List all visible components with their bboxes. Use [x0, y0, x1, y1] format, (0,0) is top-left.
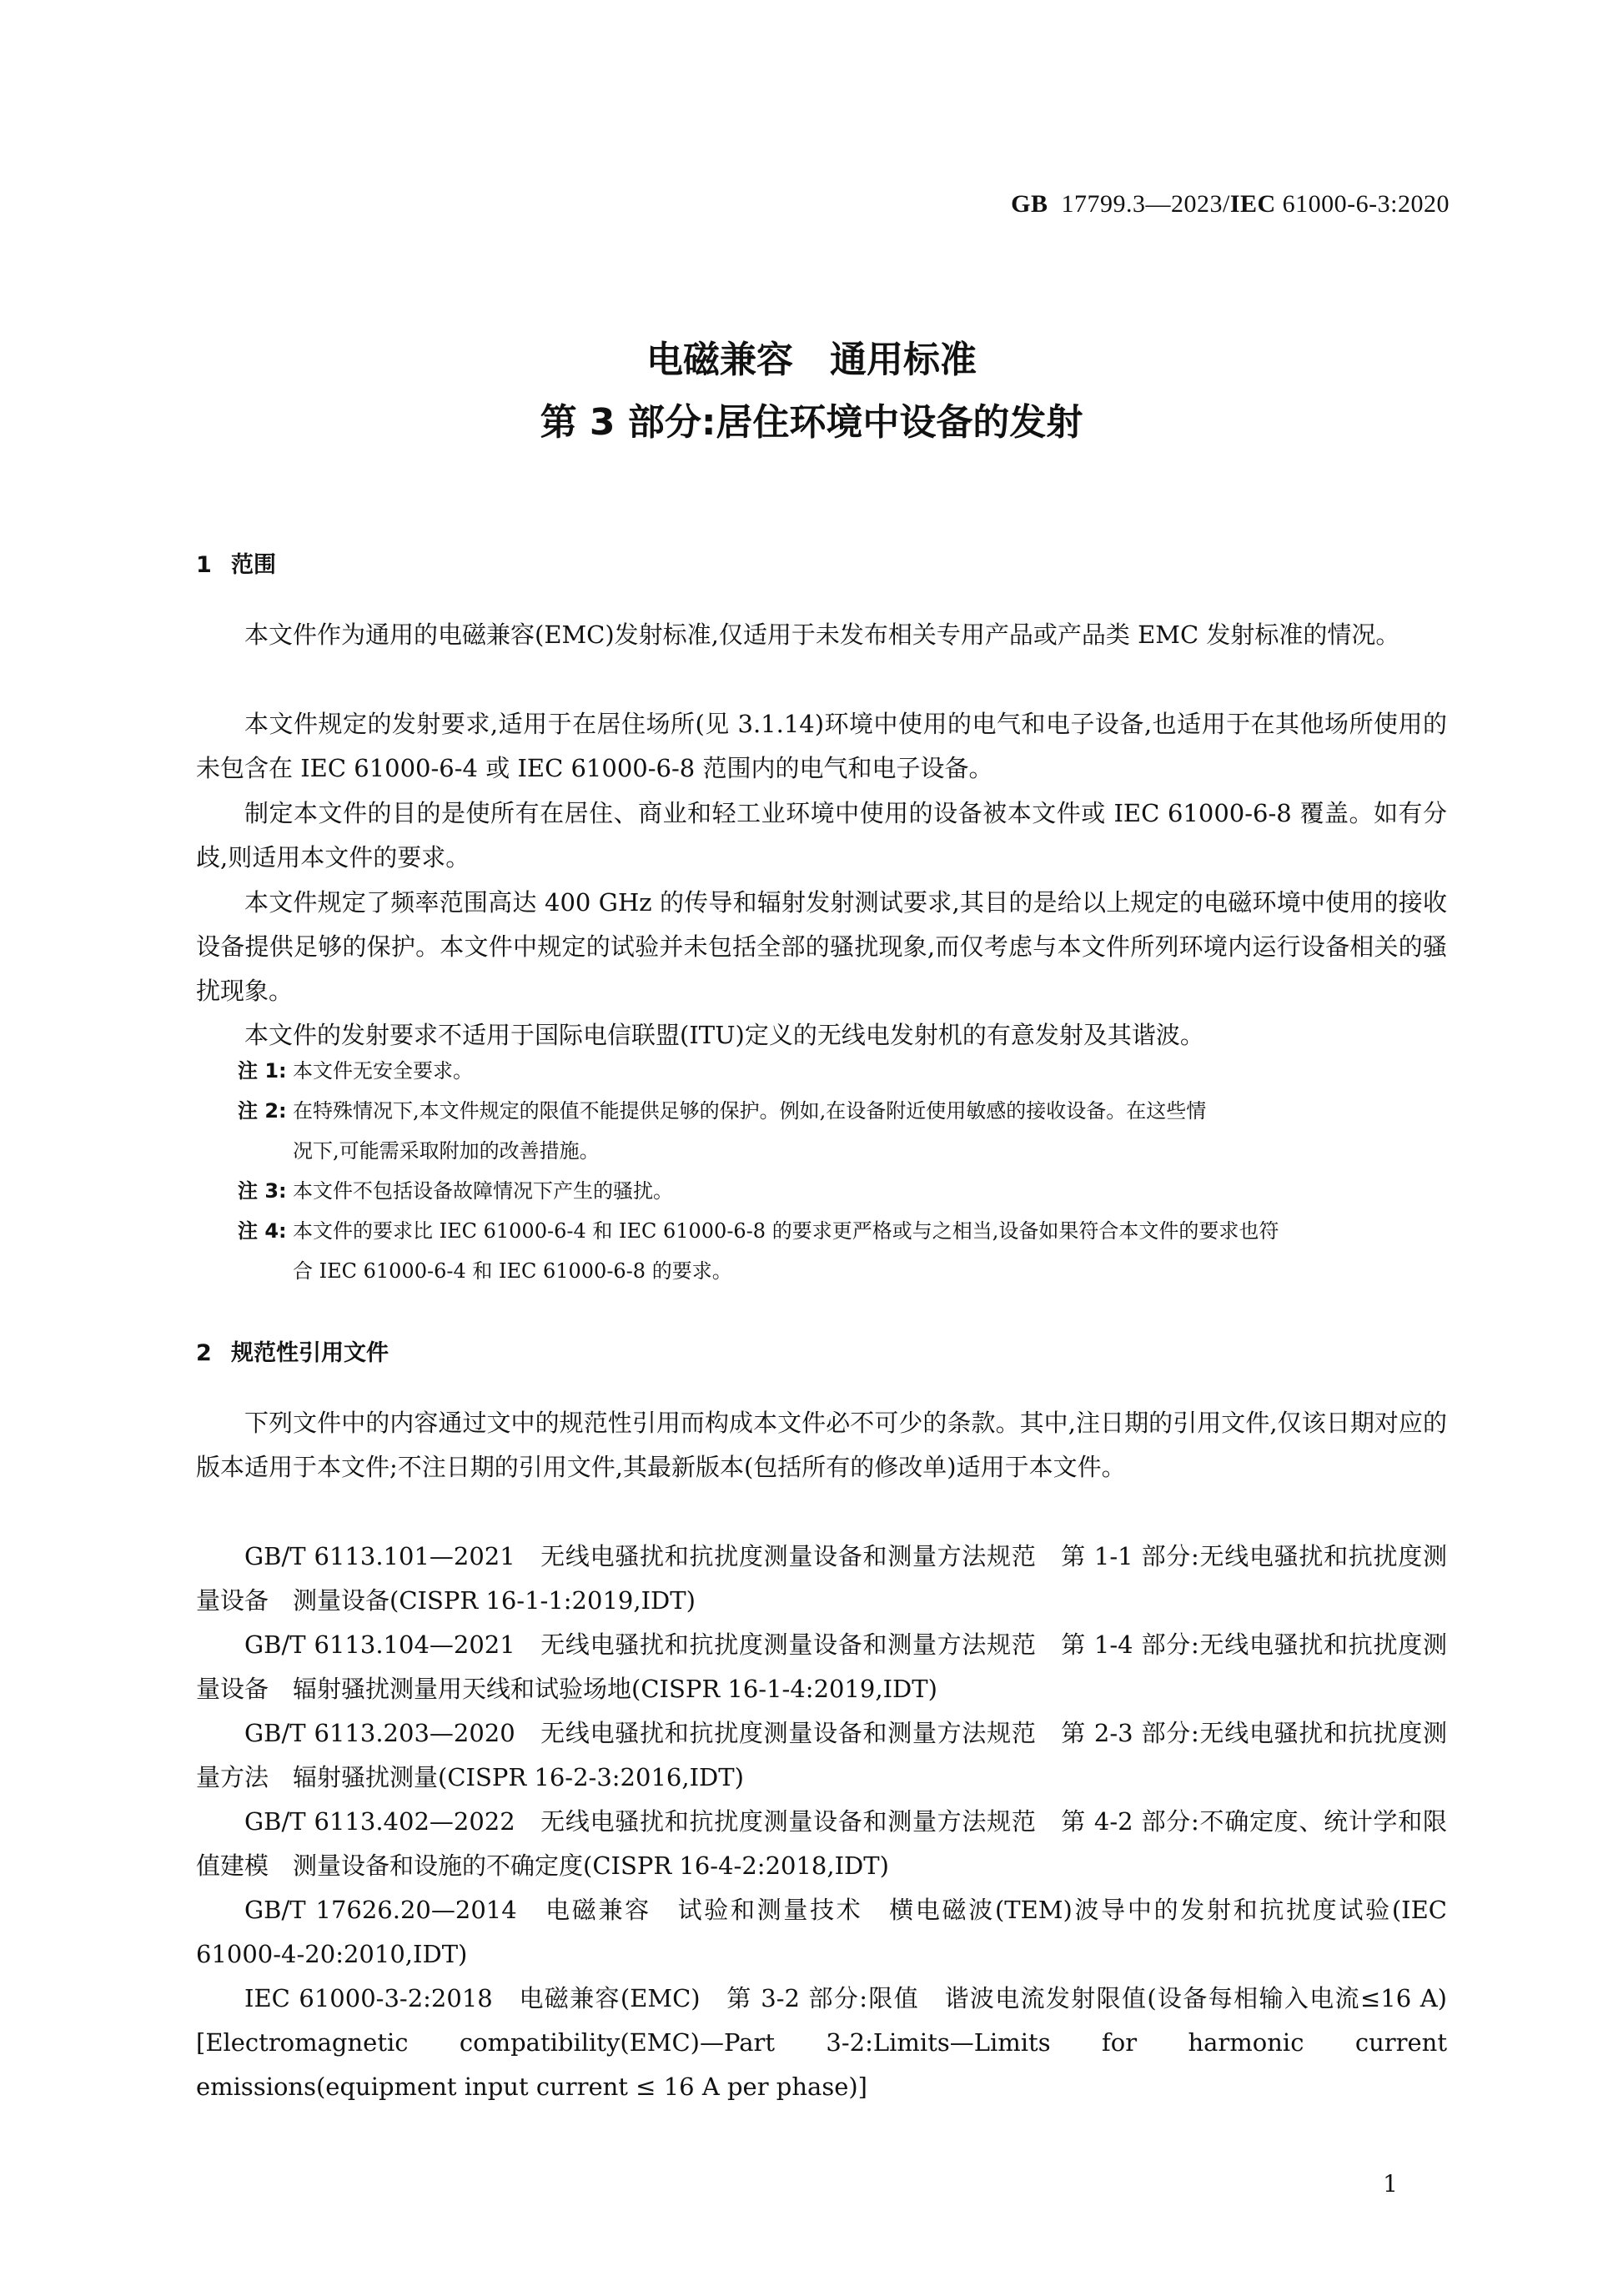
section-heading-normative-references: 2规范性引用文件: [196, 1334, 389, 1367]
note-label: 注 4:: [238, 1211, 293, 1251]
paragraph: 本文件规定了频率范围高达 400 GHz 的传导和辐射发射测试要求,其目的是给以…: [196, 881, 1447, 1013]
reference-entry: GB/T 6113.402—2022 无线电骚扰和抗扰度测量设备和测量方法规范 …: [196, 1800, 1447, 1888]
section-title: 范围: [231, 552, 276, 578]
reference-entry: GB/T 6113.203—2020 无线电骚扰和抗扰度测量设备和测量方法规范 …: [196, 1711, 1447, 1800]
note-label: 注 2:: [238, 1091, 293, 1131]
reference-entry: IEC 61000-3-2:2018 电磁兼容(EMC) 第 3-2 部分:限值…: [196, 1977, 1447, 2109]
paragraph: 本文件规定的发射要求,适用于在居住场所(见 3.1.14)环境中使用的电气和电子…: [196, 702, 1447, 791]
paragraph: 下列文件中的内容通过文中的规范性引用而构成本文件必不可少的条款。其中,注日期的引…: [196, 1401, 1447, 1490]
paragraph: 制定本文件的目的是使所有在居住、商业和轻工业环境中使用的设备被本文件或 IEC …: [196, 791, 1447, 880]
document-title-line1: 电磁兼容 通用标准: [0, 329, 1623, 383]
page-number: 1: [1383, 2170, 1398, 2198]
section-title: 规范性引用文件: [231, 1340, 389, 1366]
note-4: 注 4:本文件的要求比 IEC 61000-6-4 和 IEC 61000-6-…: [238, 1211, 1447, 1291]
note-label: 注 3:: [238, 1171, 293, 1211]
reference-entry: GB/T 6113.101—2021 无线电骚扰和抗扰度测量设备和测量方法规范 …: [196, 1535, 1447, 1623]
reference-entry: GB/T 6113.104—2021 无线电骚扰和抗扰度测量设备和测量方法规范 …: [196, 1623, 1447, 1711]
note-2: 注 2:在特殊情况下,本文件规定的限值不能提供足够的保护。例如,在设备附近使用敏…: [238, 1091, 1447, 1171]
section-heading-scope: 1范围: [196, 546, 276, 579]
gb-code: 17799.3—2023/: [1061, 190, 1229, 218]
document-page: GB 17799.3—2023/IEC 61000-6-3:2020 电磁兼容 …: [0, 0, 1623, 2296]
note-text: 在特殊情况下,本文件规定的限值不能提供足够的保护。例如,在设备附近使用敏感的接收…: [293, 1099, 1206, 1123]
gb-prefix: GB: [1011, 190, 1048, 218]
note-1: 注 1:本文件无安全要求。: [238, 1051, 1447, 1091]
note-text-continued: 况下,可能需采取附加的改善措施。: [238, 1131, 1447, 1171]
note-text: 本文件不包括设备故障情况下产生的骚扰。: [293, 1179, 673, 1203]
reference-entry: GB/T 17626.20—2014 电磁兼容 试验和测量技术 横电磁波(TEM…: [196, 1888, 1447, 1977]
iec-code: 61000-6-3:2020: [1283, 190, 1450, 218]
note-label: 注 1:: [238, 1051, 293, 1091]
note-text: 本文件的要求比 IEC 61000-6-4 和 IEC 61000-6-8 的要…: [293, 1219, 1279, 1243]
section-number: 1: [196, 552, 231, 578]
section-number: 2: [196, 1340, 231, 1366]
iec-prefix: IEC: [1230, 190, 1276, 218]
note-text-continued: 合 IEC 61000-6-4 和 IEC 61000-6-8 的要求。: [238, 1251, 1447, 1291]
document-title-line2: 第 3 部分:居住环境中设备的发射: [0, 392, 1623, 445]
note-3: 注 3:本文件不包括设备故障情况下产生的骚扰。: [238, 1171, 1447, 1211]
note-text: 本文件无安全要求。: [293, 1059, 473, 1083]
standard-number-header: GB 17799.3—2023/IEC 61000-6-3:2020: [1011, 190, 1450, 219]
paragraph: 本文件作为通用的电磁兼容(EMC)发射标准,仅适用于未发布相关专用产品或产品类 …: [196, 613, 1447, 657]
